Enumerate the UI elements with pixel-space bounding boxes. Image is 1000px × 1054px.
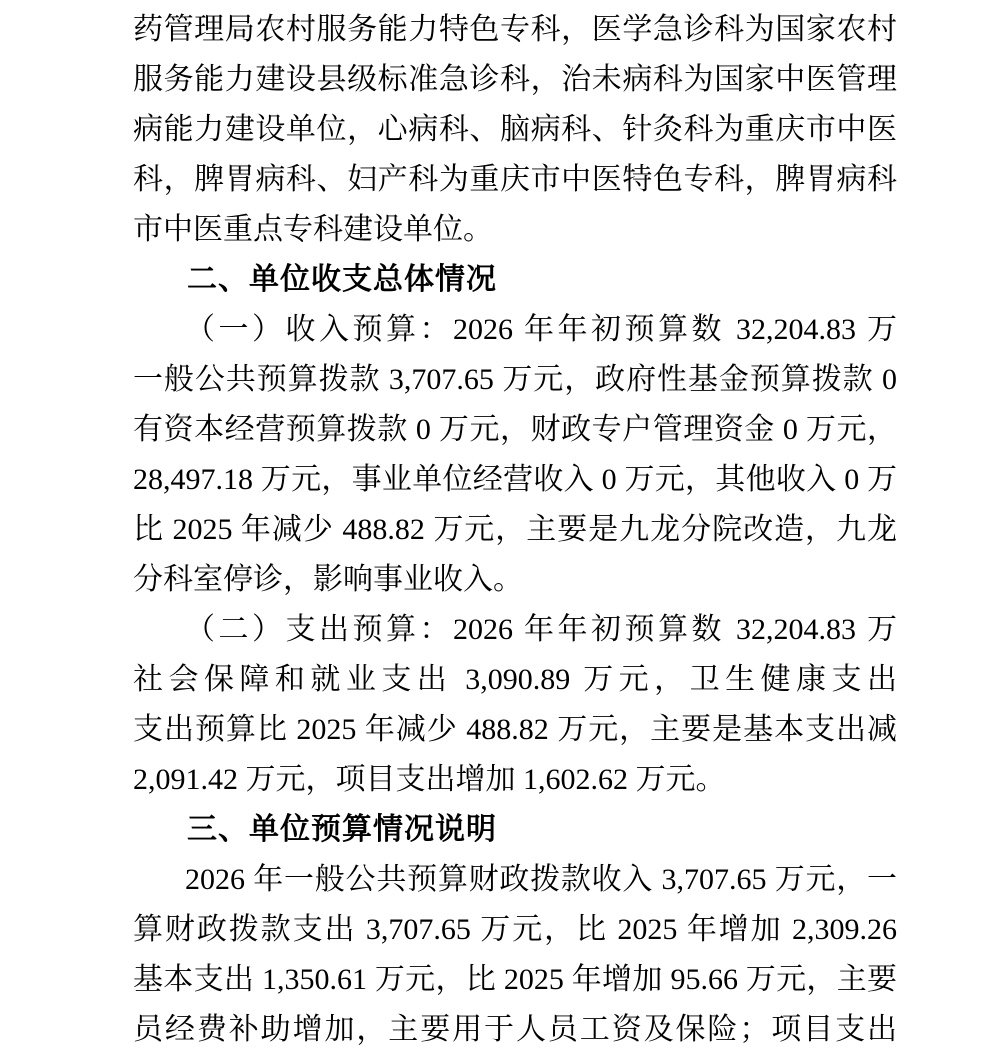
text-line: （二）支出预算：2026 年年初预算数 32,204.83 万元，其中： [133,605,897,655]
text-line: （一）收入预算：2026 年年初预算数 32,204.83 万元，其中： [133,305,897,355]
general-public-budget-paragraph: 2026 年一般公共预算财政拨款收入 3,707.65 万元，一般公共预算财政拨… [133,855,897,1054]
text-line: 基本支出 1,350.61 万元，比 2025 年增加 95.66 万元，主要原… [133,955,897,1005]
text-line: 28,497.18 万元，事业单位经营收入 0 万元，其他收入 0 万元。收入 [133,455,897,505]
text-line: 比 2025 年减少 488.82 万元，主要是九龙分院改造，九龙分院大部 [133,505,897,555]
text-line: 科，脾胃病科、妇产科为重庆市中医特色专科，脾胃病科为重庆 [133,155,897,205]
specialty-intro-continued-paragraph: 药管理局农村服务能力特色专科，医学急诊科为国家农村中医药服务能力建设县级标准急诊… [133,5,897,255]
text-line: 2026 年一般公共预算财政拨款收入 3,707.65 万元，一般公共预 [133,855,897,905]
text-line: 药管理局农村服务能力特色专科，医学急诊科为国家农村中医药 [133,5,897,55]
document-page: 药管理局农村服务能力特色专科，医学急诊科为国家农村中医药服务能力建设县级标准急诊… [0,0,1000,1054]
text-line: 员经费补助增加，主要用于人员工资及保险；项目支出 2,357.05 万 [133,1005,897,1054]
heading-text: 三、单位预算情况说明 [133,805,897,855]
heading-text: 二、单位收支总体情况 [133,255,897,305]
text-line: 支出预算比 2025 年减少 488.82 万元，主要是基本支出减少 [133,705,897,755]
revenue-budget-paragraph: （一）收入预算：2026 年年初预算数 32,204.83 万元，其中：一般公共… [133,305,897,605]
expenditure-budget-paragraph: （二）支出预算：2026 年年初预算数 32,204.83 万元，其中：社会保障… [133,605,897,805]
text-line: 有资本经营预算拨款 0 万元，财政专户管理资金 0 万元，事业收入 [133,405,897,455]
text-line: 算财政拨款支出 3,707.65 万元，比 2025 年增加 2,309.26 … [133,905,897,955]
text-line: 2,091.42 万元，项目支出增加 1,602.62 万元。 [133,755,897,805]
section-3-heading: 三、单位预算情况说明 [133,805,897,855]
text-line: 市中医重点专科建设单位。 [133,205,897,255]
text-line: 社会保障和就业支出 3,090.89 万元，卫生健康支出 29,113.94 万… [133,655,897,705]
section-2-heading: 二、单位收支总体情况 [133,255,897,305]
document-body: 药管理局农村服务能力特色专科，医学急诊科为国家农村中医药服务能力建设县级标准急诊… [133,5,897,1054]
text-line: 服务能力建设县级标准急诊科，治未病科为国家中医管理局治未 [133,55,897,105]
text-line: 病能力建设单位，心病科、脑病科、针灸科为重庆市中医重点专 [133,105,897,155]
text-line: 分科室停诊，影响事业收入。 [133,555,897,605]
text-line: 一般公共预算拨款 3,707.65 万元，政府性基金预算拨款 0 万元，国 [133,355,897,405]
